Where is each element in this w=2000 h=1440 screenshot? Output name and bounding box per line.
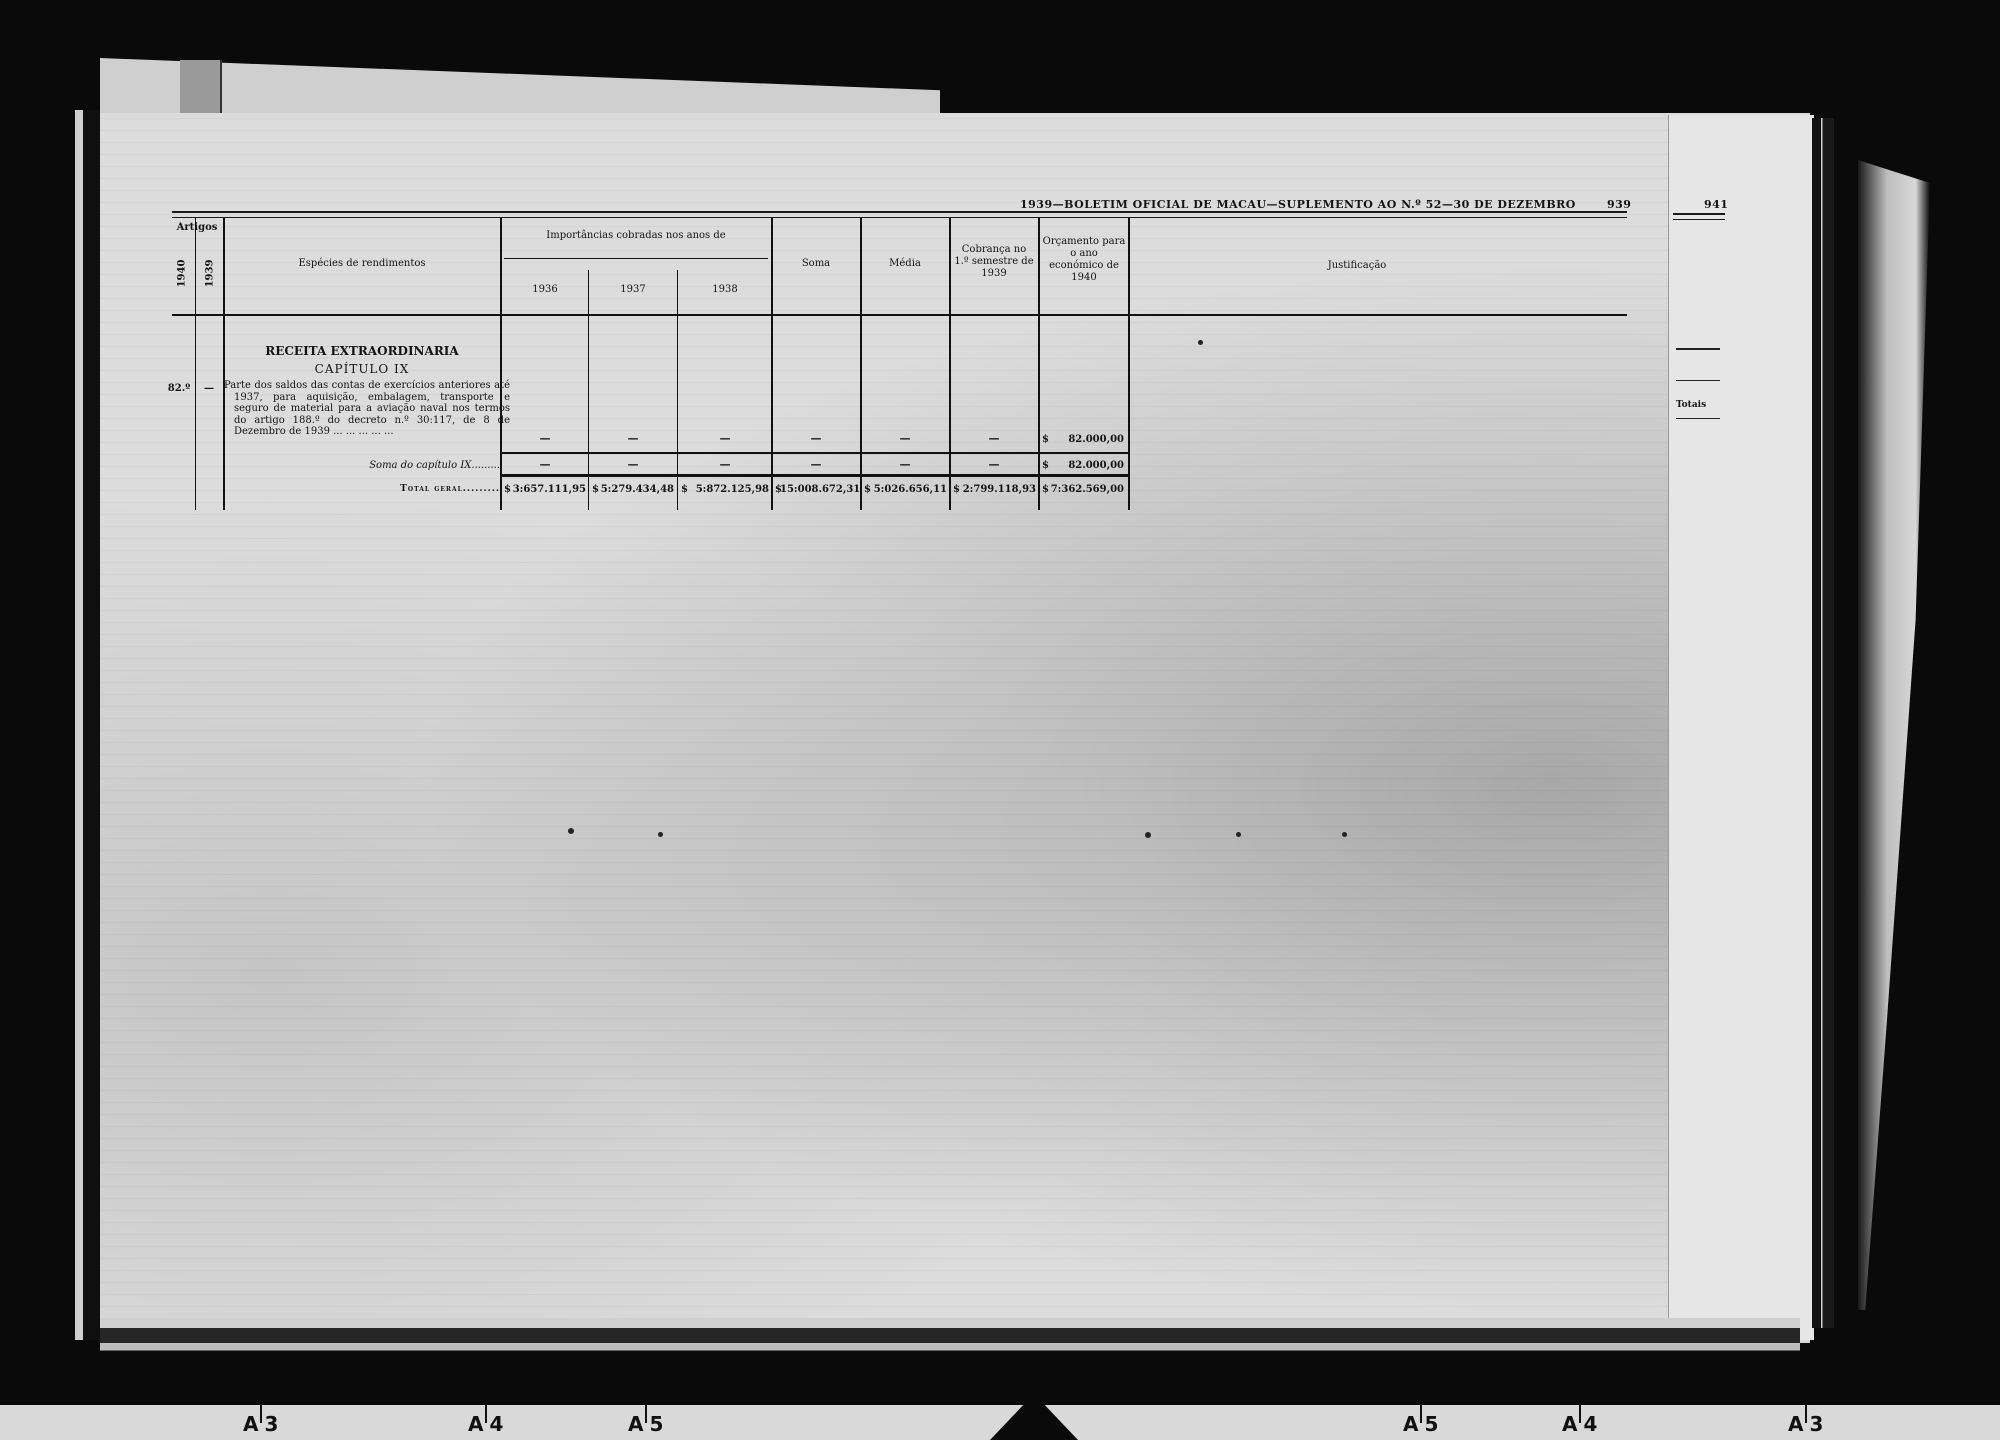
header-justificacao: Justificação bbox=[1132, 260, 1582, 272]
total-label: Total geral......... bbox=[272, 484, 500, 494]
total-1937: 5:279.434,48 bbox=[600, 484, 674, 495]
header-importancias: Importâncias cobradas nos anos de bbox=[502, 230, 770, 242]
header-year-1936: 1936 bbox=[502, 284, 588, 296]
header-orcamento: Orçamento para o ano económico de 1940 bbox=[1042, 236, 1126, 284]
total-currency-1937: $ bbox=[592, 484, 599, 495]
header-brace bbox=[504, 258, 768, 259]
dust-speck bbox=[1342, 832, 1347, 837]
row-1937: — bbox=[590, 432, 676, 445]
subtotal-label: Soma do capítulo IX......... bbox=[272, 460, 500, 471]
row-cobranca: — bbox=[951, 432, 1037, 445]
blip-mark-right-1: A5 bbox=[1403, 1412, 1438, 1436]
page-number-right: 941 bbox=[1704, 198, 1728, 211]
total-1936: 3:657.111,95 bbox=[512, 484, 586, 495]
col-divider bbox=[1128, 218, 1130, 510]
total-orcamento: 7:362.569,00 bbox=[1050, 484, 1124, 495]
subtotal-media: — bbox=[862, 458, 948, 471]
total-currency-1938: $ bbox=[681, 484, 688, 495]
total-currency-cobranca: $ bbox=[953, 484, 960, 495]
total-cobranca: 2:799.118,93 bbox=[961, 484, 1036, 495]
binding-edge bbox=[1812, 118, 1834, 1328]
subtotal-1936: — bbox=[502, 458, 588, 471]
document-page bbox=[100, 113, 1810, 1343]
row-description: Parte dos saldos das contas de exercício… bbox=[224, 380, 510, 438]
header-cobranca: Cobrança no 1.º semestre de 1939 bbox=[954, 244, 1034, 280]
blip-mark-right-3: A3 bbox=[1788, 1412, 1823, 1436]
total-soma: 15:008.672,31 bbox=[780, 484, 858, 495]
subtotal-soma: — bbox=[773, 458, 859, 471]
col-divider bbox=[195, 218, 196, 510]
frame-marker-left-arrow-icon bbox=[990, 1400, 1028, 1440]
row-rule bbox=[502, 452, 1128, 454]
total-1938: 5:872.125,98 bbox=[689, 484, 769, 495]
dust-speck bbox=[568, 828, 574, 834]
total-currency-1936: $ bbox=[504, 484, 511, 495]
blip-mark-left-3: A5 bbox=[628, 1412, 663, 1436]
justificacao-rule bbox=[1130, 314, 1627, 316]
blip-mark-left-1: A3 bbox=[243, 1412, 278, 1436]
subtotal-1938: — bbox=[679, 458, 771, 471]
subtotal-1937: — bbox=[590, 458, 676, 471]
book-left-edge bbox=[58, 110, 100, 1340]
page-number-left: 939 bbox=[1607, 198, 1631, 211]
col-divider bbox=[1038, 218, 1040, 510]
header-especies: Espécies de rendimentos bbox=[224, 258, 500, 270]
row-1936: — bbox=[502, 432, 588, 445]
chapter-title: CAPÍTULO IX bbox=[232, 362, 492, 376]
header-soma: Soma bbox=[773, 258, 859, 270]
page-tab bbox=[180, 60, 222, 120]
book-bottom-edge bbox=[100, 1318, 1800, 1368]
dust-speck bbox=[1236, 832, 1241, 837]
dust-speck bbox=[1145, 832, 1151, 838]
frame-marker-center bbox=[1028, 1398, 1040, 1440]
section-title: RECEITA EXTRAORDINARIA bbox=[232, 344, 492, 358]
row-media: — bbox=[862, 432, 948, 445]
margin-rule bbox=[1676, 418, 1720, 419]
header-artigos: Artigos bbox=[172, 222, 222, 234]
total-rule bbox=[502, 474, 1128, 477]
header-year-1937: 1937 bbox=[590, 284, 676, 296]
bulletin-title: 1939—BOLETIM OFICIAL DE MACAU—SUPLEMENTO… bbox=[1020, 198, 1576, 211]
header-media: Média bbox=[862, 258, 948, 270]
total-media: 5:026.656,11 bbox=[872, 484, 947, 495]
totals-margin-label: Totais bbox=[1676, 400, 1706, 410]
margin-rule bbox=[1676, 348, 1720, 350]
frame-marker-right-arrow-icon bbox=[1040, 1400, 1078, 1440]
dust-speck bbox=[658, 832, 663, 837]
row-1938: — bbox=[679, 432, 771, 445]
header-rule bbox=[172, 211, 1627, 218]
row-artigo-1940: 82.º bbox=[164, 383, 194, 395]
blip-mark-left-2: A4 bbox=[468, 1412, 503, 1436]
total-currency-media: $ bbox=[864, 484, 871, 495]
margin-rule bbox=[1676, 380, 1720, 381]
row-artigo-1939: — bbox=[196, 383, 222, 395]
row-orcamento: 82.000,00 bbox=[1052, 434, 1124, 445]
dust-speck bbox=[1198, 340, 1203, 345]
row-soma: — bbox=[773, 432, 859, 445]
row-currency: $ bbox=[1042, 434, 1049, 445]
subtotal-orcamento: 82.000,00 bbox=[1052, 460, 1124, 471]
foldout-page-edge bbox=[1668, 115, 1814, 1340]
subtotal-cobranca: — bbox=[951, 458, 1037, 471]
header-artigos-1939: 1939 bbox=[204, 260, 215, 288]
header-rule-foldout bbox=[1673, 213, 1725, 220]
subtotal-currency: $ bbox=[1042, 460, 1049, 471]
total-currency-orcamento: $ bbox=[1042, 484, 1049, 495]
blip-mark-right-2: A4 bbox=[1562, 1412, 1597, 1436]
header-artigos-1940: 1940 bbox=[176, 260, 187, 288]
header-year-1938: 1938 bbox=[679, 284, 771, 296]
